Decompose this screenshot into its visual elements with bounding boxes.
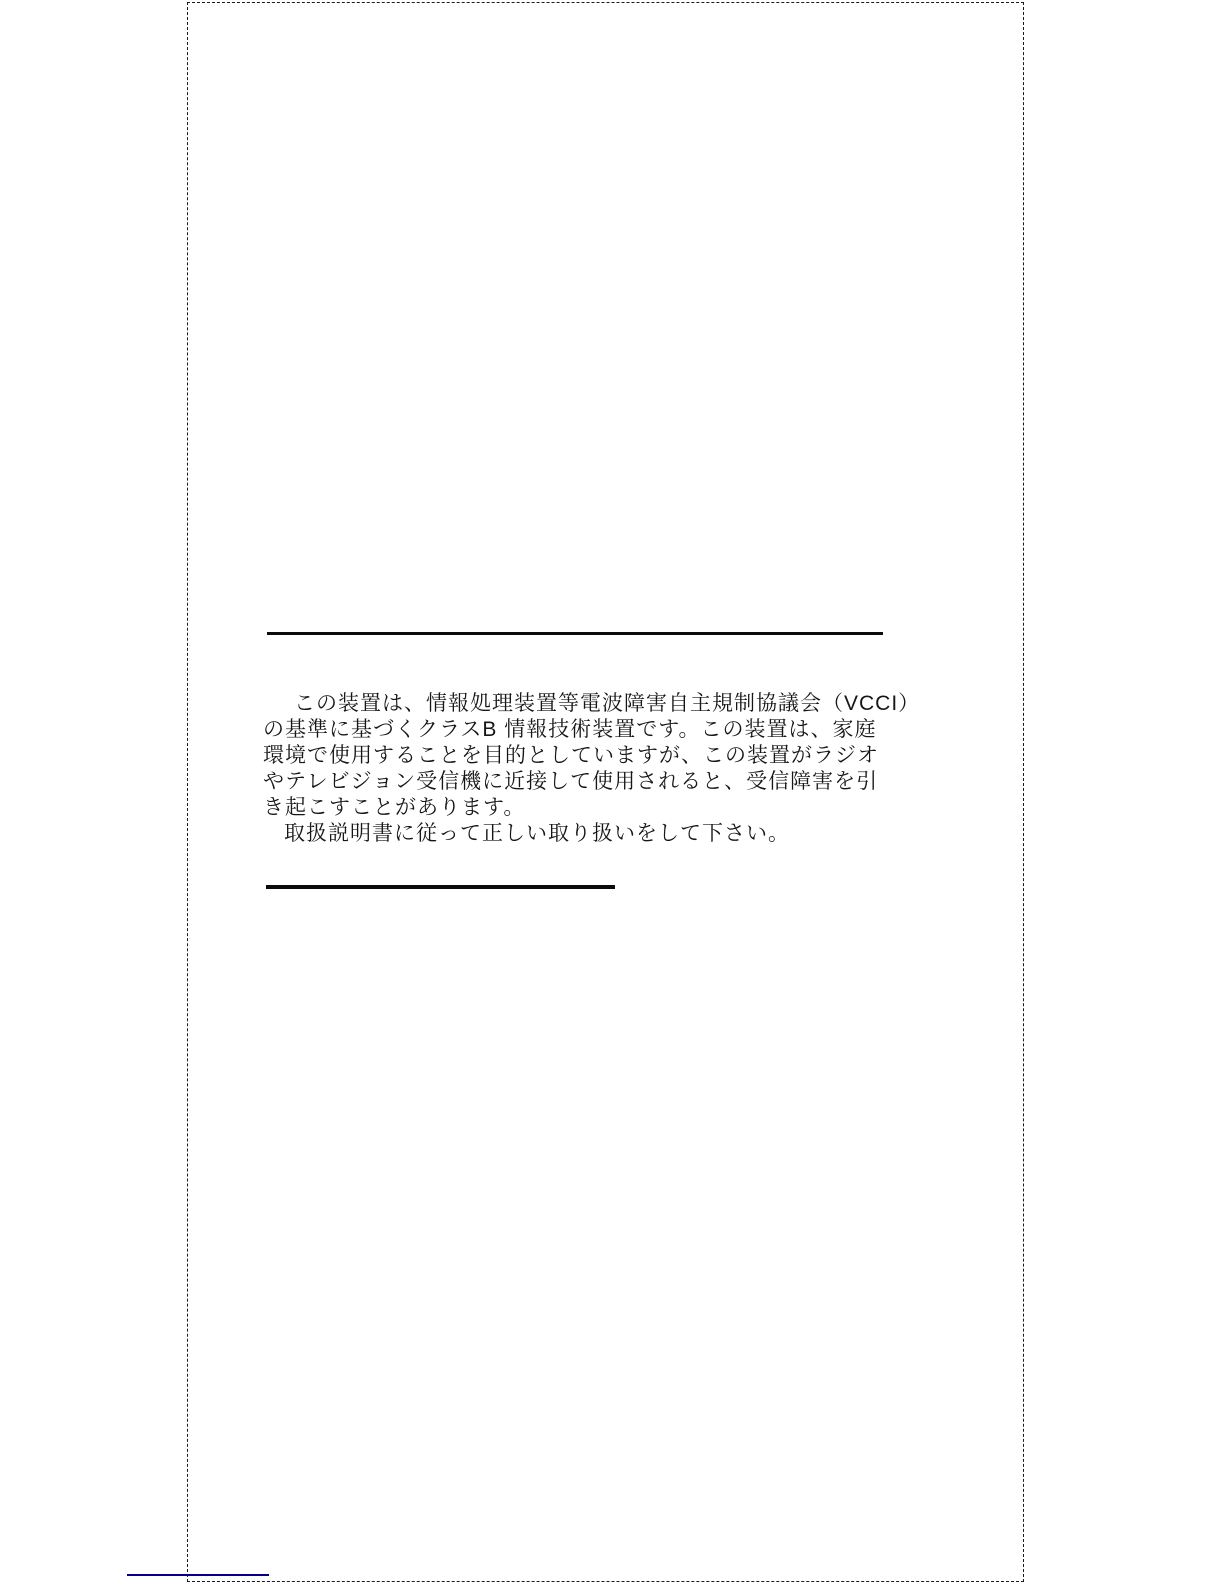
- notice-line: この装置は、情報処理装置等電波障害自主規制協議会（VCCI）: [263, 691, 873, 717]
- notice-line: 取扱説明書に従って正しい取り扱いをして下さい。: [263, 821, 873, 847]
- vcci-notice-paragraph: この装置は、情報処理装置等電波障害自主規制協議会（VCCI） の基準に基づくクラ…: [263, 691, 873, 847]
- notice-line: 環境で使用することを目的としていますが、この装置がラジオ: [263, 743, 873, 769]
- notice-line: の基準に基づくクラスB 情報技術装置です。この装置は、家庭: [263, 717, 873, 743]
- notice-line: き起こすことがあります。: [263, 795, 873, 821]
- notice-line: やテレビジョン受信機に近接して使用されると、受信障害を引: [263, 769, 873, 795]
- blue-underline-mark: [127, 1574, 269, 1576]
- top-horizontal-rule: [267, 632, 883, 635]
- bottom-horizontal-rule: [266, 885, 615, 889]
